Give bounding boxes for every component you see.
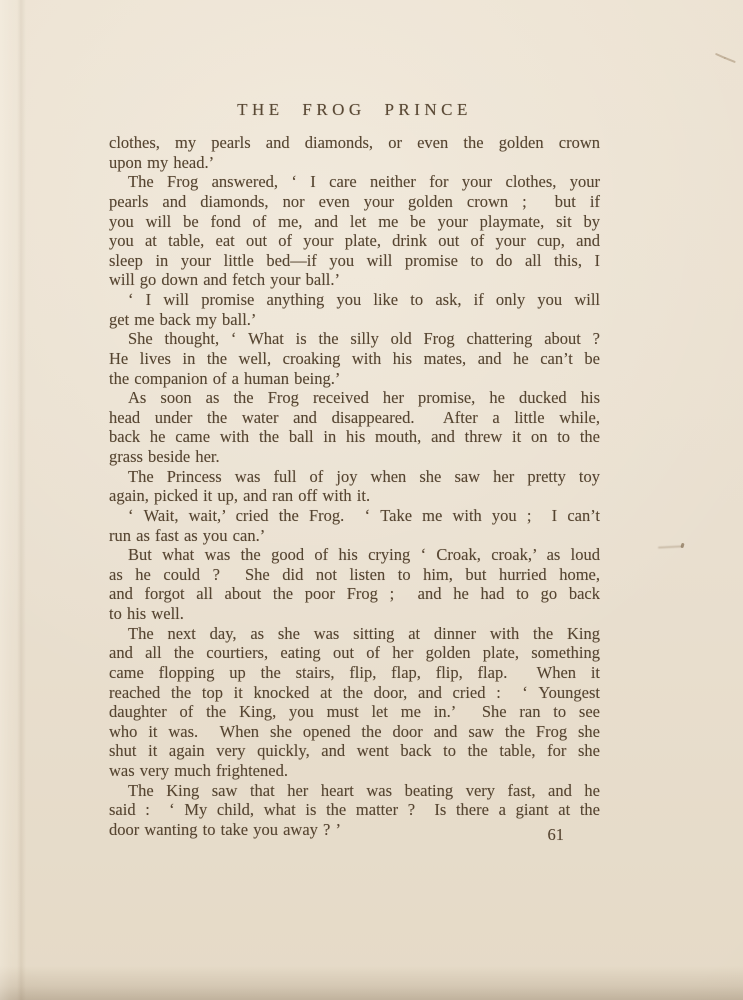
- ink-smudge-mark: [658, 543, 688, 550]
- book-page: THE FROG PRINCE clothes, my pearls and d…: [0, 0, 743, 1000]
- text-line: clothes, my pearls and diamonds, or even…: [109, 133, 600, 153]
- text-line: to his well.: [109, 604, 600, 624]
- text-line: The Frog answered, ‘ I care neither for …: [109, 172, 600, 192]
- text-line: reached the top it knocked at the door, …: [109, 683, 600, 703]
- text-line: came flopping up the stairs, flip, flap,…: [109, 663, 600, 683]
- text-line: But what was the good of his crying ‘ Cr…: [109, 545, 600, 565]
- text-line: again, picked it up, and ran off with it…: [109, 486, 600, 506]
- text-block: clothes, my pearls and diamonds, or even…: [109, 133, 600, 840]
- text-line: said : ‘ My child, what is the matter ? …: [109, 800, 600, 820]
- text-line: back he came with the ball in his mouth,…: [109, 427, 600, 447]
- text-line: was very much frightened.: [109, 761, 600, 781]
- text-line: sleep in your little bed—if you will pro…: [109, 251, 600, 271]
- text-line: upon my head.’: [109, 153, 600, 173]
- text-line: ‘ I will promise anything you like to as…: [109, 290, 600, 310]
- text-line: as he could ? She did not listen to him,…: [109, 565, 600, 585]
- paper-scratch-mark: [713, 52, 739, 66]
- text-line: and forgot all about the poor Frog ; and…: [109, 584, 600, 604]
- running-head: THE FROG PRINCE: [109, 99, 600, 120]
- text-line: The King saw that her heart was beating …: [109, 781, 600, 801]
- text-line: He lives in the well, croaking with his …: [109, 349, 600, 369]
- text-line: ‘ Wait, wait,’ cried the Frog. ‘ Take me…: [109, 506, 600, 526]
- text-line: The Princess was full of joy when she sa…: [109, 467, 600, 487]
- text-line: The next day, as she was sitting at dinn…: [109, 624, 600, 644]
- text-line: run as fast as you can.’: [109, 526, 600, 546]
- text-line: pearls and diamonds, nor even your golde…: [109, 192, 600, 212]
- page-number: 61: [109, 825, 564, 845]
- text-line: As soon as the Frog received her promise…: [109, 388, 600, 408]
- text-line: shut it again very quickly, and went bac…: [109, 741, 600, 761]
- text-line: and all the courtiers, eating out of her…: [109, 643, 600, 663]
- text-line: get me back my ball.’: [109, 310, 600, 330]
- text-line: you at table, eat out of your plate, dri…: [109, 231, 600, 251]
- text-line: who it was. When she opened the door and…: [109, 722, 600, 742]
- text-line: you will be fond of me, and let me be yo…: [109, 212, 600, 232]
- text-line: head under the water and disappeared. Af…: [109, 408, 600, 428]
- text-line: the companion of a human being.’: [109, 369, 600, 389]
- text-line: grass beside her.: [109, 447, 600, 467]
- text-line: She thought, ‘ What is the silly old Fro…: [109, 329, 600, 349]
- text-line: daughter of the King, you must let me in…: [109, 702, 600, 722]
- text-line: will go down and fetch your ball.’: [109, 270, 600, 290]
